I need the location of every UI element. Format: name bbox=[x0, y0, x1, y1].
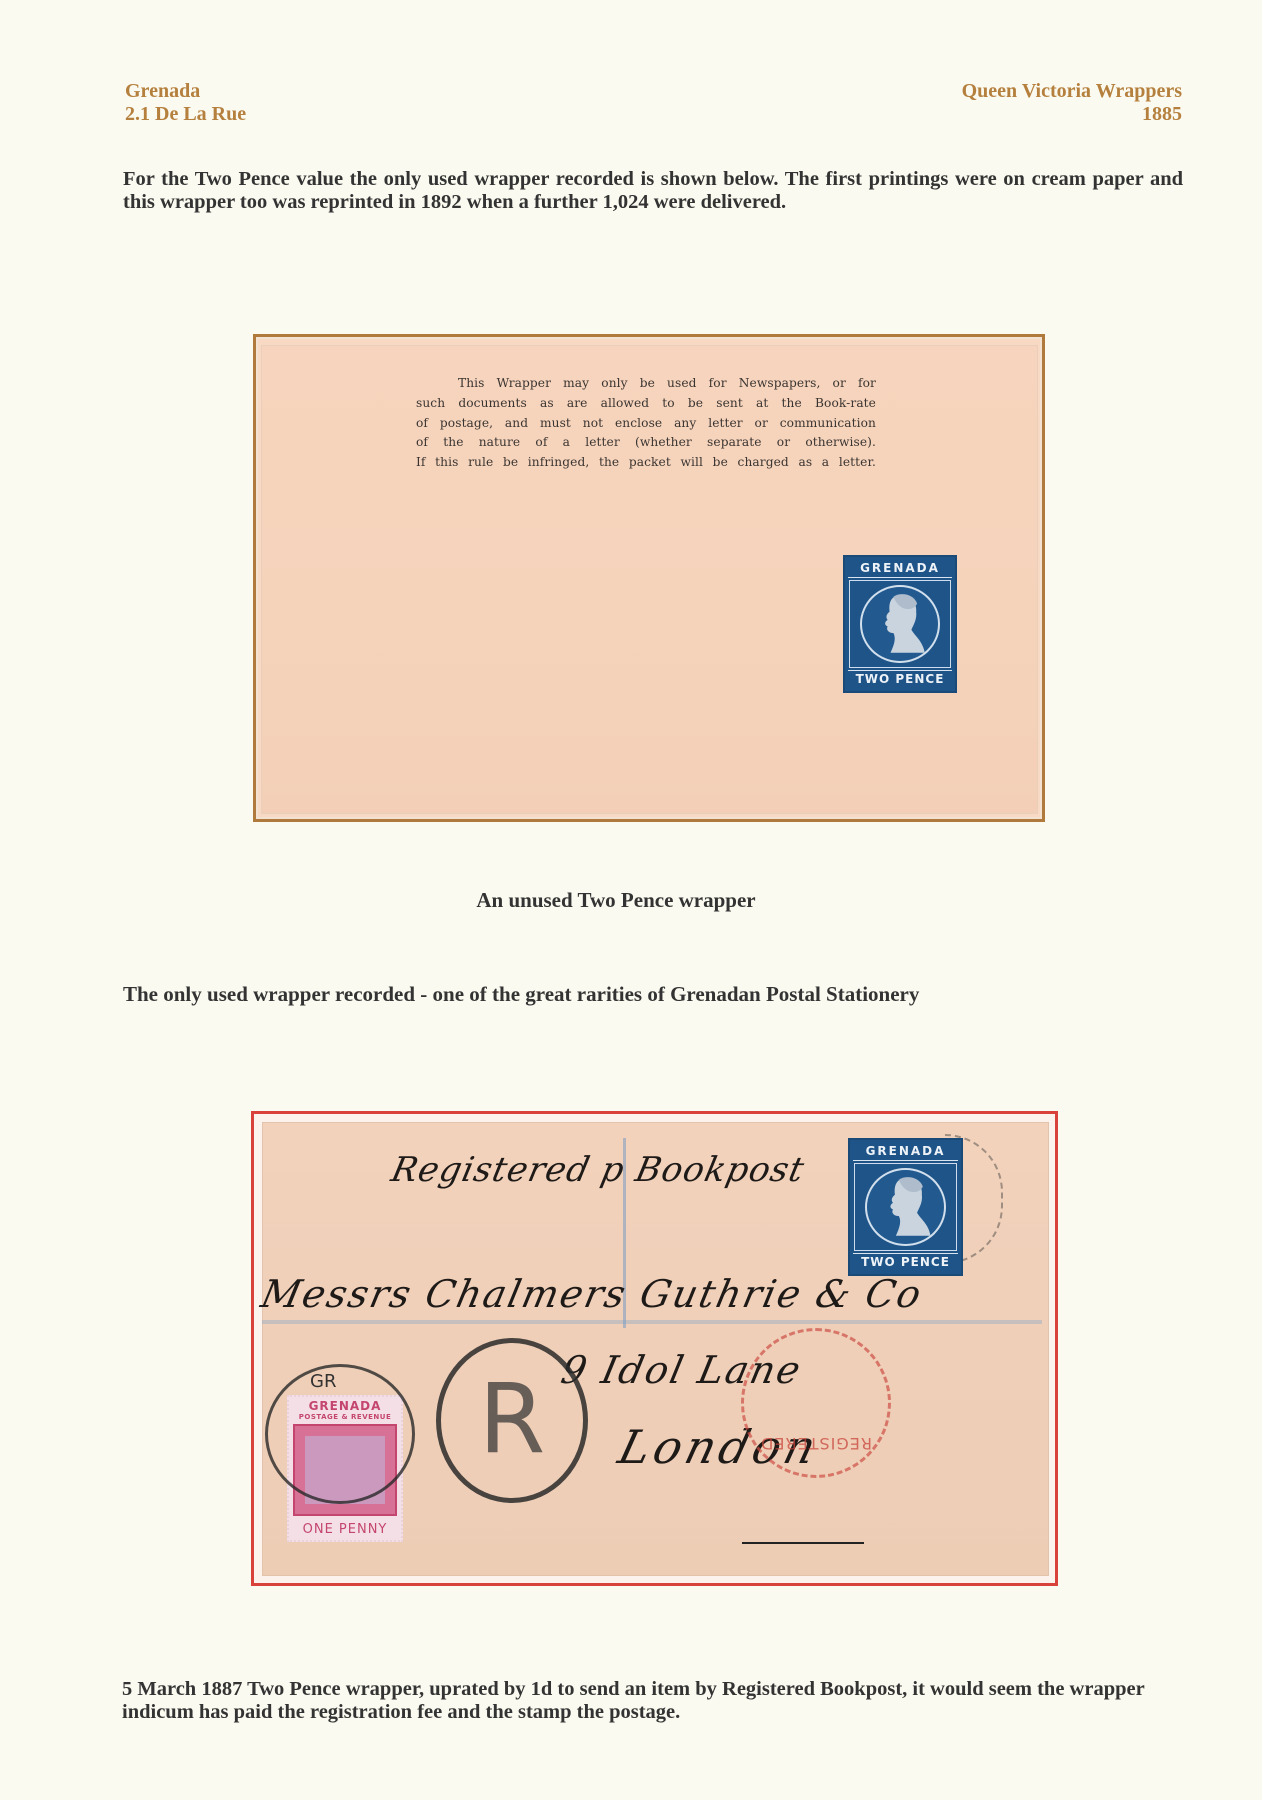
used-wrapper-description: 5 March 1887 Two Pence wrapper, uprated … bbox=[122, 1678, 1184, 1724]
notice-line: This Wrapper may only be used for Newspa… bbox=[416, 374, 876, 394]
indicium-panel bbox=[849, 580, 951, 668]
red-registered-cancel-icon: REGISTERED bbox=[741, 1328, 891, 1478]
indicium-panel bbox=[854, 1163, 957, 1251]
wrapper-notice-text: This Wrapper may only be used for Newspa… bbox=[416, 374, 876, 473]
notice-line: of postage, and must not enclose any let… bbox=[416, 414, 876, 434]
grenada-postmark-icon: GR bbox=[265, 1364, 415, 1504]
page-header-left: Grenada 2.1 De La Rue bbox=[125, 80, 246, 126]
series-title: Queen Victoria Wrappers bbox=[962, 80, 1182, 103]
handwritten-addressee: Messrs Chalmers Guthrie & Co bbox=[257, 1272, 926, 1316]
notice-line: of the nature of a letter (whether separ… bbox=[416, 433, 876, 453]
notice-line: If this rule be infringed, the packet wi… bbox=[416, 453, 876, 473]
indicium-country: GRENADA bbox=[853, 1143, 958, 1161]
stamp-value: ONE PENNY bbox=[289, 1522, 401, 1537]
registration-r-mark-icon: R bbox=[436, 1338, 588, 1503]
registration-letter: R bbox=[441, 1369, 583, 1469]
postmark-text: GR bbox=[310, 1371, 336, 1392]
two-pence-indicium: GRENADA TWO PENCE bbox=[843, 555, 957, 693]
used-wrapper-heading: The only used wrapper recorded - one of … bbox=[123, 982, 919, 1007]
page-header-right: Queen Victoria Wrappers 1885 bbox=[962, 80, 1182, 126]
unused-wrapper-caption: An unused Two Pence wrapper bbox=[0, 888, 1262, 913]
caption-text: An unused Two Pence wrapper bbox=[476, 888, 755, 912]
red-cancel-text: REGISTERED bbox=[744, 1434, 888, 1453]
handwritten-endorsement: Registered p Bookpost bbox=[388, 1150, 808, 1190]
queen-victoria-portrait-icon bbox=[865, 1168, 946, 1246]
indicium-value: TWO PENCE bbox=[853, 1253, 958, 1271]
queen-victoria-portrait-icon bbox=[860, 585, 940, 663]
two-pence-indicium-used: GRENADA TWO PENCE bbox=[848, 1138, 963, 1276]
notice-line: such documents as are allowed to be sent… bbox=[416, 394, 876, 414]
address-underline bbox=[742, 1542, 864, 1544]
section-title: 2.1 De La Rue bbox=[125, 103, 246, 126]
series-year: 1885 bbox=[962, 103, 1182, 126]
country-title: Grenada bbox=[125, 80, 246, 103]
indicium-country: GRENADA bbox=[848, 560, 952, 578]
indicium-value: TWO PENCE bbox=[848, 670, 952, 688]
intro-paragraph: For the Two Pence value the only used wr… bbox=[123, 168, 1183, 213]
blue-crayon-horizontal-line bbox=[262, 1320, 1042, 1324]
